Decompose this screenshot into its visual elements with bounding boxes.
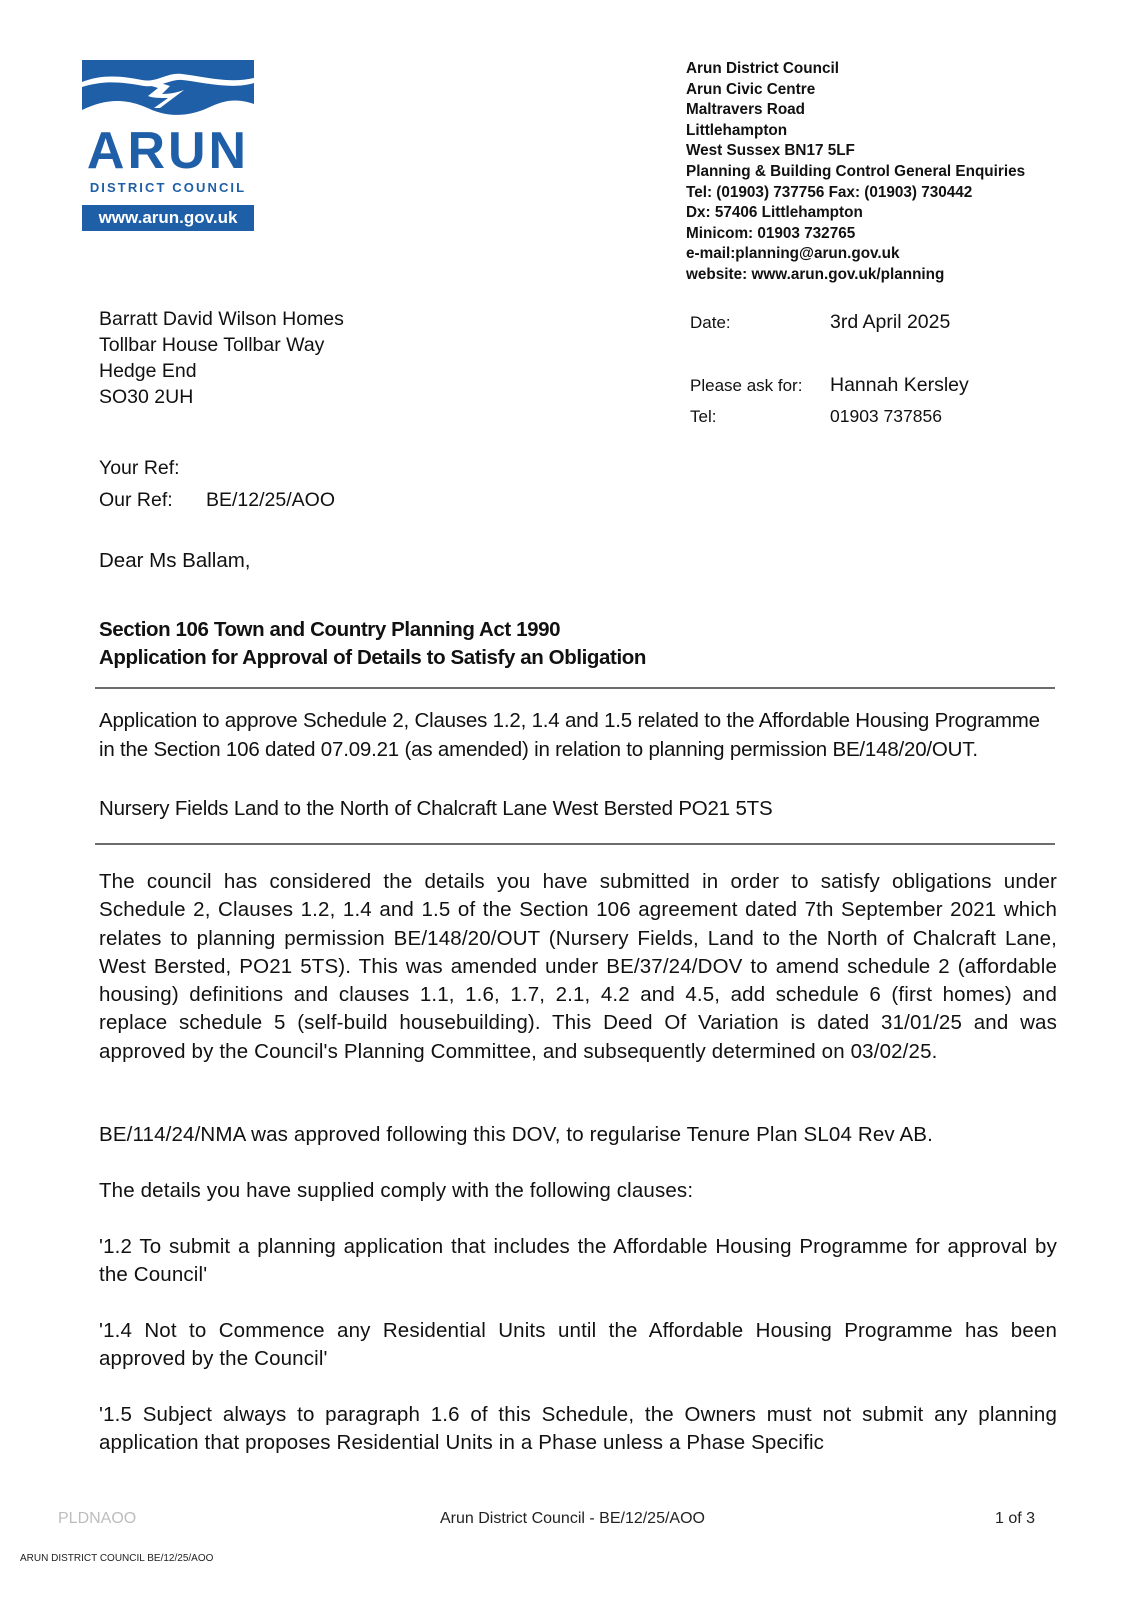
council-department: Planning & Building Control General Enqu… bbox=[686, 162, 1025, 183]
tel-row: Tel:01903 737856 bbox=[690, 406, 942, 427]
body-paragraph: The council has considered the details y… bbox=[99, 868, 1057, 1066]
page-number: 1 of 3 bbox=[995, 1510, 1035, 1528]
date-value: 3rd April 2025 bbox=[830, 311, 950, 333]
site-address: Nursery Fields Land to the North of Chal… bbox=[99, 797, 772, 821]
your-ref-label: Your Ref: bbox=[99, 452, 206, 484]
logo-website-link[interactable]: www.arun.gov.uk bbox=[82, 205, 254, 231]
council-street: Maltravers Road bbox=[686, 100, 1025, 121]
date-label: Date: bbox=[690, 313, 830, 333]
heading-line-2: Application for Approval of Details to S… bbox=[99, 644, 646, 672]
clause-1-4: '1.4 Not to Commence any Residential Uni… bbox=[99, 1317, 1057, 1374]
application-summary: Application to approve Schedule 2, Claus… bbox=[99, 707, 1059, 764]
body-paragraph: The details you have supplied comply wit… bbox=[99, 1177, 1057, 1205]
council-website[interactable]: website: www.arun.gov.uk/planning bbox=[686, 265, 1025, 286]
recipient-line: SO30 2UH bbox=[99, 384, 344, 410]
salutation: Dear Ms Ballam, bbox=[99, 549, 251, 573]
council-town: Littlehampton bbox=[686, 121, 1025, 142]
contact-row: Please ask for:Hannah Kersley bbox=[690, 374, 969, 397]
divider bbox=[95, 843, 1055, 845]
council-minicom: Minicom: 01903 732765 bbox=[686, 224, 1025, 245]
recipient-address: Barratt David Wilson Homes Tollbar House… bbox=[99, 306, 344, 410]
footer-template-code: PLDNAOO bbox=[58, 1510, 136, 1528]
our-ref-label: Our Ref: bbox=[99, 484, 206, 516]
recipient-line: Tollbar House Tollbar Way bbox=[99, 332, 344, 358]
logo-wordmark: ARUN bbox=[82, 124, 254, 178]
council-email[interactable]: e-mail:planning@arun.gov.uk bbox=[686, 244, 1025, 265]
heading-line-1: Section 106 Town and Country Planning Ac… bbox=[99, 616, 646, 644]
council-county-postcode: West Sussex BN17 5LF bbox=[686, 141, 1025, 162]
council-phone-fax: Tel: (01903) 737756 Fax: (01903) 730442 bbox=[686, 183, 1025, 204]
tel-value: 01903 737856 bbox=[830, 406, 942, 426]
clause-1-5: '1.5 Subject always to paragraph 1.6 of … bbox=[99, 1401, 1057, 1458]
recipient-line: Hedge End bbox=[99, 358, 344, 384]
date-row: Date:3rd April 2025 bbox=[690, 311, 950, 334]
council-address-block: Arun District Council Arun Civic Centre … bbox=[686, 59, 1025, 286]
seagull-waves-icon bbox=[82, 60, 254, 122]
council-dx: Dx: 57406 Littlehampton bbox=[686, 203, 1025, 224]
council-name: Arun District Council bbox=[686, 59, 1025, 80]
references: Your Ref: Our Ref:BE/12/25/AOO bbox=[99, 452, 335, 516]
clause-1-2: '1.2 To submit a planning application th… bbox=[99, 1233, 1057, 1290]
footer-stamp: ARUN DISTRICT COUNCIL BE/12/25/AOO bbox=[20, 1553, 213, 1564]
our-ref-value: BE/12/25/AOO bbox=[206, 489, 335, 511]
letter-heading: Section 106 Town and Country Planning Ac… bbox=[99, 616, 646, 672]
council-logo: ARUN DISTRICT COUNCIL www.arun.gov.uk bbox=[82, 60, 254, 231]
ask-for-value: Hannah Kersley bbox=[830, 374, 969, 396]
tel-label: Tel: bbox=[690, 407, 830, 427]
body-paragraph: BE/114/24/NMA was approved following thi… bbox=[99, 1121, 1057, 1149]
logo-subtitle: DISTRICT COUNCIL bbox=[82, 180, 254, 195]
recipient-line: Barratt David Wilson Homes bbox=[99, 306, 344, 332]
divider bbox=[95, 687, 1055, 689]
ask-for-label: Please ask for: bbox=[690, 376, 830, 396]
council-building: Arun Civic Centre bbox=[686, 80, 1025, 101]
footer-reference: Arun District Council - BE/12/25/AOO bbox=[440, 1510, 705, 1528]
